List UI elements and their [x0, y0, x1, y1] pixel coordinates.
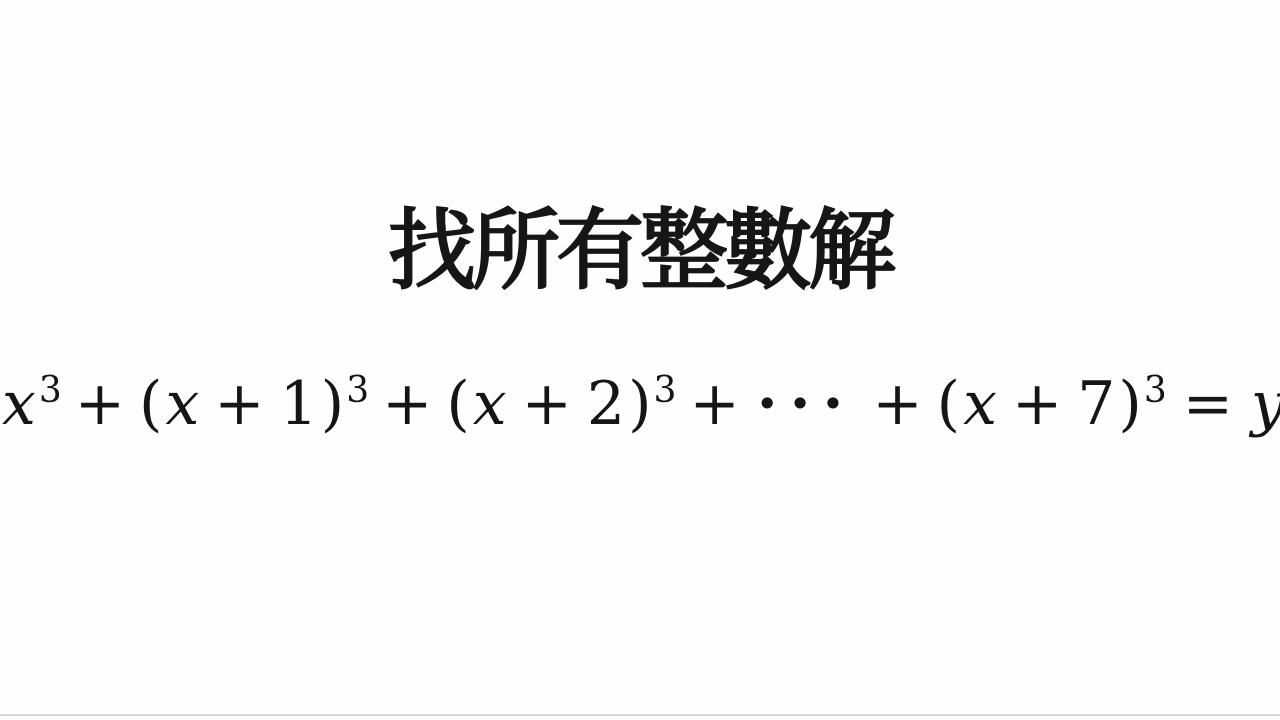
equation-token-paren: (: [936, 369, 961, 439]
equation-token-var: x: [0, 369, 38, 439]
equation-token-cdots: ···: [753, 369, 860, 439]
equation-token-op: +: [201, 369, 277, 439]
equation-token-sup: 3: [653, 370, 677, 411]
equation-token-op: +: [999, 369, 1075, 439]
equation-token-num: 2: [585, 369, 627, 439]
equation-token-op: +: [369, 369, 445, 439]
equation-token-sup: 3: [1143, 370, 1167, 411]
equation-token-var: x: [961, 369, 999, 439]
equation-token-op: +: [676, 369, 752, 439]
equation-token-op: +: [859, 369, 935, 439]
equation-token-op: +: [509, 369, 585, 439]
math-problem-slide: 找所有整數解 x3+(x+1)3+(x+2)3+···+(x+7)3=y3: [0, 0, 1280, 720]
equation-token-rel: =: [1167, 369, 1249, 439]
bottom-divider-line: [0, 714, 1280, 716]
problem-title: 找所有整數解: [0, 200, 1280, 301]
equation-token-paren: (: [445, 369, 470, 439]
equation-token-num: 7: [1075, 369, 1117, 439]
equation-token-num: 1: [278, 369, 320, 439]
equation-token-paren: (: [138, 369, 163, 439]
equation-token-var: y: [1249, 369, 1280, 439]
equation-token-sup: 3: [38, 370, 62, 411]
equation-token-paren: ): [1117, 369, 1142, 439]
equation-token-op: +: [62, 369, 138, 439]
equation-token-paren: ): [320, 369, 345, 439]
equation-token-sup: 3: [345, 370, 369, 411]
equation-token-var: x: [163, 369, 201, 439]
equation-token-paren: ): [627, 369, 652, 439]
math-equation: x3+(x+1)3+(x+2)3+···+(x+7)3=y3: [0, 370, 1280, 439]
equation-token-var: x: [471, 369, 509, 439]
